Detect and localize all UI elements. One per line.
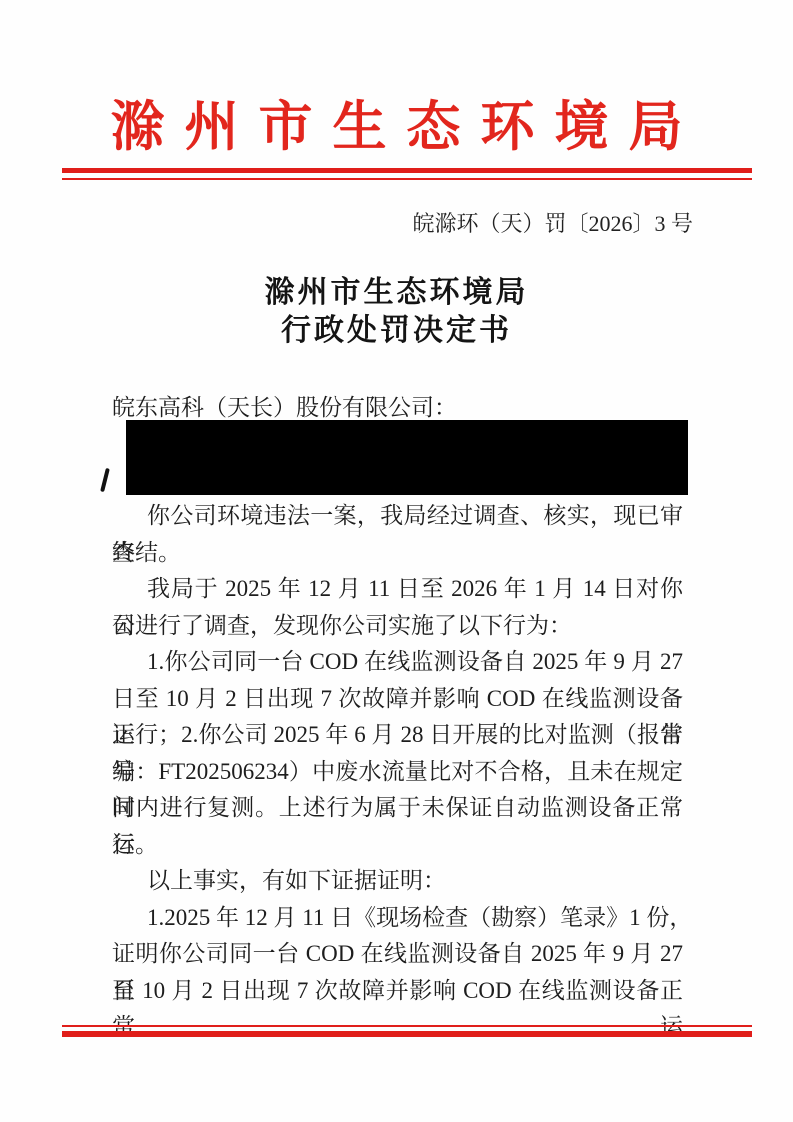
body-line: 我局于 2025 年 12 月 11 日至 2026 年 1 月 14 日对你公 [112, 571, 683, 608]
body-line: 1.你公司同一台 COD 在线监测设备自 2025 年 9 月 27 [112, 644, 683, 681]
body-line: 日至 10 月 2 日出现 7 次故障并影响 COD 在线监测设备正常 [112, 681, 683, 718]
document-page: 滁州市生态环境局 皖滁环（天）罚〔2026〕3 号 滁州市生态环境局 行政处罚决… [0, 0, 793, 1122]
body-line: 运行；2.你公司 2025 年 6 月 28 日开展的比对监测（报告编 [112, 717, 683, 754]
body-line: 证明你公司同一台 COD 在线监测设备自 2025 年 9 月 27 日 [112, 936, 683, 973]
body-line: 终结。 [112, 535, 683, 572]
document-title-line1: 滁州市生态环境局 [0, 274, 793, 312]
body-line: 号：FT202506234）中废水流量比对不合格，且未在规定时 [112, 754, 683, 791]
letterhead-rule-thin [62, 178, 752, 180]
redacted-character-fragment [100, 468, 110, 492]
document-title-line2: 行政处罚决定书 [0, 312, 793, 350]
letterhead-agency-name: 滁州市生态环境局 [0, 90, 793, 164]
body-line: 间内进行复测。上述行为属于未保证自动监测设备正常运 [112, 790, 683, 827]
redaction-block [126, 420, 688, 495]
footer-rule-thin [62, 1025, 752, 1027]
document-title: 滁州市生态环境局 行政处罚决定书 [0, 274, 793, 350]
body-line: 你公司环境违法一案，我局经过调查、核实，现已审查 [112, 498, 683, 535]
letterhead-rule-thick [62, 168, 752, 173]
body-line: 行。 [112, 827, 683, 864]
addressee-line: 皖东高科（天长）股份有限公司： [112, 393, 457, 423]
footer-rule-thick [62, 1031, 752, 1037]
body-line: 1.2025 年 12 月 11 日《现场检查（勘察）笔录》1 份， [112, 900, 683, 937]
document-body: 你公司环境违法一案，我局经过调查、核实，现已审查终结。我局于 2025 年 12… [112, 498, 683, 1009]
body-line: 司进行了调查，发现你公司实施了以下行为： [112, 608, 683, 645]
document-number: 皖滁环（天）罚〔2026〕3 号 [0, 209, 793, 239]
body-line: 以上事实，有如下证据证明： [112, 863, 683, 900]
body-line: 至 10 月 2 日出现 7 次故障并影响 COD 在线监测设备正常运 [112, 973, 683, 1010]
